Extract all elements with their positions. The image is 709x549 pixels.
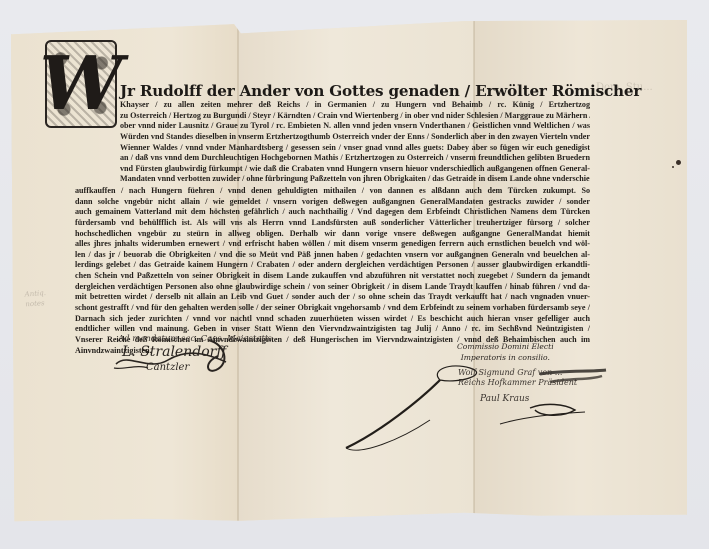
text-line: chen Schein vnd Paßzetteln von seiner Ob… [75,271,590,282]
text-line: Würden vnd Standes dieselben in vnserm E… [120,132,590,143]
ink-spot [676,160,681,165]
text-line: ober vnnd nider Lausnitz / Graue zu Tyro… [120,121,590,132]
text-line: Wienner Waldes / vnnd vnder Manhardtsber… [120,143,590,154]
commissio-line: Commissio Domini Electi [457,341,554,352]
pencil-marginalia: Antiq. notes [24,287,67,340]
ink-spot [672,166,674,168]
decorated-initial: W [45,40,117,128]
text-line: lerdings gelebet / das Getraide kainem H… [75,260,590,271]
text-line: Darnach sich jeder zurichten / vnnd vor … [75,314,590,325]
official-signatures: Wolf Sigmund Graf von ... Reichs Hofkamm… [340,360,620,460]
signature-name: L. Stralendorff [122,344,226,360]
signature-text: Ad mandatum sac. Caes. Maiestatis [118,334,272,344]
signature-name: Paul Kraus [480,394,529,404]
text-line: alles jhres jnhalts widerumben ernewert … [75,239,590,250]
text-line: Mandaten vnnd verbotten zuwider / ohne f… [120,174,590,185]
text-line: auffkauffen / nach Hungern füehren / vnn… [75,186,590,197]
initial-letter: W [39,47,122,121]
text-line: Khayser / zu allen zeiten mehrer deß Rei… [120,100,590,111]
signature-text: Reichs Hofkammer Präsident [458,378,577,387]
body-text-upper: Khayser / zu allen zeiten mehrer deß Rei… [120,100,590,185]
text-line: dann solche vngebür nicht allain / wie g… [75,197,590,208]
body-text-lower: auffkauffen / nach Hungern füehren / vnn… [75,186,590,356]
text-line: auch gemainem Vatterland mit dem höchste… [75,207,590,218]
signature-title: Cantzler [146,362,189,373]
text-line: zu Osterreich / Hertzog zu Burgundi / St… [120,111,590,122]
signature-text: Wolf Sigmund Graf von ... [458,368,562,377]
text-line: hochschedlichen vngebür zu steürn in all… [75,229,590,240]
text-line: vnd Fürsten glaubwirdig fürkumpt / wie d… [120,164,590,175]
text-line: dergleichen verdächtigen Personen also o… [75,282,590,293]
text-line: an / daß vns vnnd dem Durchleuchtigen Ho… [120,153,590,164]
text-line: fürdersamb vnd behülfflich ist. Als will… [75,218,590,229]
text-line: mit betretten wirdet / derselb nit allai… [75,292,590,303]
text-line: schont gestrafft / vnd für den gehalten … [75,303,590,314]
text-line: len / das jr / beuorab die Obrigkeiten /… [75,250,590,261]
document-heading: Jr Rudolff der Ander von Gottes genaden … [120,82,580,100]
chancellor-signature: Ad mandatum sac. Caes. Maiestatis L. Str… [108,334,238,380]
